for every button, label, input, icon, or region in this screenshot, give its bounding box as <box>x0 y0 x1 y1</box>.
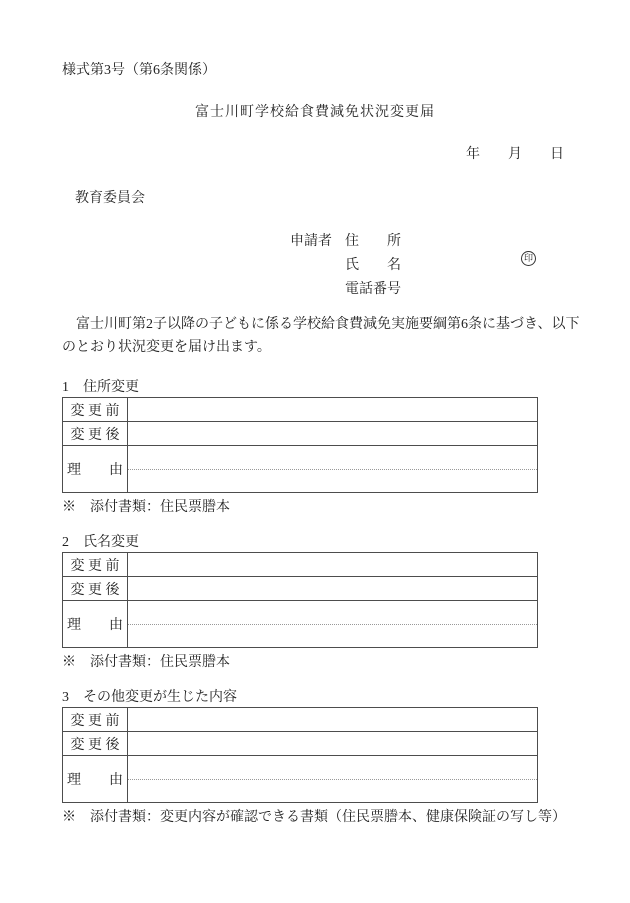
after-label-cell: 変 更 後 <box>63 577 128 601</box>
form-number: 様式第3号（第6条関係） <box>62 62 216 80</box>
seal-icon: 印 <box>521 251 536 266</box>
address-label: 住 所 <box>345 230 401 254</box>
change-table: 変 更 前 変 更 後 理 由 <box>62 552 538 648</box>
table-row: 変 更 後 <box>63 577 538 601</box>
before-value-cell[interactable] <box>128 553 538 577</box>
dotted-line <box>128 624 537 625</box>
body-paragraph: 富士川町第2子以降の子どもに係る学校給食費減免実施要綱第6条に基づき、以下のとお… <box>62 313 584 359</box>
attachment-note: ※ 添付書類：住民票謄本 <box>62 654 538 672</box>
reason-value-cell[interactable] <box>128 756 538 803</box>
attachment-note: ※ 添付書類：変更内容が確認できる書類（住民票謄本、健康保険証の写し等） <box>62 809 538 827</box>
applicant-block: 申請者 住 所 氏 名 電話番号 <box>290 230 401 302</box>
reason-label-cell: 理 由 <box>63 446 128 493</box>
reason-value-cell[interactable] <box>128 446 538 493</box>
table-row: 変 更 前 <box>63 398 538 422</box>
section-heading: 2 氏名変更 <box>62 534 538 552</box>
reason-value-cell[interactable] <box>128 601 538 648</box>
table-row: 理 由 <box>63 756 538 803</box>
attachment-note: ※ 添付書類：住民票謄本 <box>62 499 538 517</box>
after-value-cell[interactable] <box>128 577 538 601</box>
applicant-address-row: 申請者 住 所 <box>290 230 401 254</box>
table-row: 変 更 前 <box>63 553 538 577</box>
table-row: 理 由 <box>63 601 538 648</box>
section-name-change: 2 氏名変更 変 更 前 変 更 後 理 由 ※ 添付書類：住民票謄本 <box>62 534 538 672</box>
table-row: 理 由 <box>63 446 538 493</box>
change-table: 変 更 前 変 更 後 理 由 <box>62 397 538 493</box>
after-value-cell[interactable] <box>128 732 538 756</box>
section-address-change: 1 住所変更 変 更 前 変 更 後 理 由 ※ 添付書類：住民票謄本 <box>62 379 538 517</box>
after-label-cell: 変 更 後 <box>63 732 128 756</box>
change-table: 変 更 前 変 更 後 理 由 <box>62 707 538 803</box>
section-other-change: 3 その他変更が生じた内容 変 更 前 変 更 後 理 由 ※ 添付書類：変更内… <box>62 689 538 827</box>
before-label-cell: 変 更 前 <box>63 708 128 732</box>
date-line: 年 月 日 <box>466 146 564 164</box>
addressee: 教育委員会 <box>75 190 145 208</box>
before-label-cell: 変 更 前 <box>63 398 128 422</box>
document-title: 富士川町学校給食費減免状況変更届 <box>0 104 630 122</box>
table-row: 変 更 後 <box>63 732 538 756</box>
dotted-line <box>128 779 537 780</box>
before-value-cell[interactable] <box>128 708 538 732</box>
reason-label-cell: 理 由 <box>63 756 128 803</box>
applicant-name-row: 氏 名 <box>290 254 401 278</box>
table-row: 変 更 前 <box>63 708 538 732</box>
name-label: 氏 名 <box>345 254 401 278</box>
reason-label-cell: 理 由 <box>63 601 128 648</box>
after-value-cell[interactable] <box>128 422 538 446</box>
before-value-cell[interactable] <box>128 398 538 422</box>
phone-label: 電話番号 <box>345 278 401 302</box>
section-heading: 3 その他変更が生じた内容 <box>62 689 538 707</box>
applicant-phone-row: 電話番号 <box>290 278 401 302</box>
document-page: 様式第3号（第6条関係） 富士川町学校給食費減免状況変更届 年 月 日 教育委員… <box>0 0 630 903</box>
after-label-cell: 変 更 後 <box>63 422 128 446</box>
table-row: 変 更 後 <box>63 422 538 446</box>
dotted-line <box>128 469 537 470</box>
before-label-cell: 変 更 前 <box>63 553 128 577</box>
applicant-prefix: 申請者 <box>290 230 345 254</box>
section-heading: 1 住所変更 <box>62 379 538 397</box>
